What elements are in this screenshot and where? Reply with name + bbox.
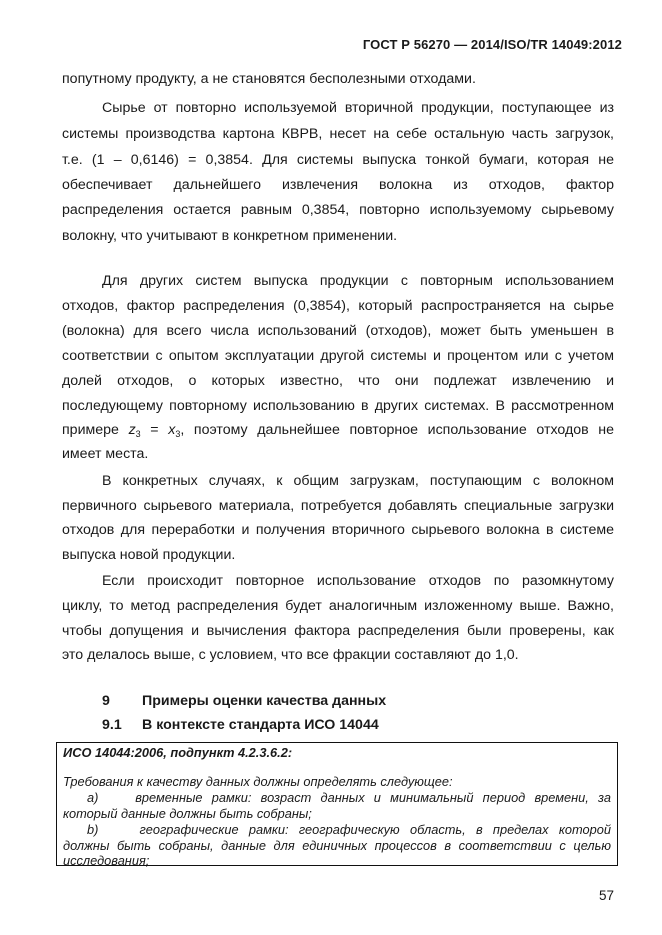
paragraph-line: распределения остается равным 0,3854, по… <box>62 202 614 218</box>
section-number: 9.1 <box>102 717 122 733</box>
paragraph-line: Для других систем выпуска продукции с по… <box>62 273 614 289</box>
quote-item-a: a) временные рамки: возраст данных и мин… <box>63 790 611 805</box>
paragraph-line: попутному продукту, а не становятся бесп… <box>62 71 614 87</box>
quote-box: ИСО 14044:2006, подпункт 4.2.3.6.2: Треб… <box>56 742 618 866</box>
paragraph-line: соответствии с опытом эксплуатации друго… <box>62 348 614 364</box>
paragraph-line: это делалось выше, с условием, что все ф… <box>62 647 614 663</box>
paragraph-line: циклу, то метод распределения будет анал… <box>62 598 614 614</box>
document-header: ГОСТ Р 56270 — 2014/ISO/TR 14049:2012 <box>363 37 622 52</box>
paragraph-line: отходов, фактор распределения (0,3854), … <box>62 298 614 314</box>
formula-eq: = <box>150 422 158 438</box>
quote-item-b-cont: исследования; <box>63 853 611 868</box>
paragraph-line: последующему повторному использованию в … <box>62 398 614 414</box>
paragraph-line: отходов для переработки и получения втор… <box>62 522 614 538</box>
quote-title: ИСО 14044:2006, подпункт 4.2.3.6.2: <box>63 745 611 760</box>
paragraph-line: первичного сырьевого материала, потребуе… <box>62 498 614 514</box>
paragraph-line: обеспечивает дальнейшего извлечения воло… <box>62 177 614 193</box>
paragraph-line: т.е. (1 – 0,6146) = 0,3854. Для системы … <box>62 152 614 168</box>
section-title: В контексте стандарта ИСО 14044 <box>142 717 379 733</box>
formula-line: примере z3 = x3, поэтому дальнейшее повт… <box>62 422 614 439</box>
paragraph-line: волокну, что учитывают в конкретном прим… <box>62 228 614 244</box>
section-title: Примеры оценки качества данных <box>142 693 386 709</box>
paragraph-line: (волокна) для всего числа использований … <box>62 323 614 339</box>
section-number: 9 <box>102 693 110 709</box>
paragraph-line: Если происходит повторное использование … <box>62 573 614 589</box>
paragraph-line: Сырье от повторно используемой вторичной… <box>62 100 614 116</box>
page-number: 57 <box>599 888 614 903</box>
quote-item-b: b) географические рамки: географическую … <box>63 822 611 837</box>
quote-item-a-cont: который данные должны быть собраны; <box>63 806 611 821</box>
paragraph-line: чтобы допущения и вычисления фактора рас… <box>62 623 614 639</box>
paragraph-line: выпуска новой продукции. <box>62 547 614 563</box>
paragraph-line: системы производства картона КВРВ, несет… <box>62 126 614 142</box>
paragraph-line: имеет места. <box>62 446 614 462</box>
paragraph-line: В конкретных случаях, к общим загрузкам,… <box>62 473 614 489</box>
paragraph-line: долей отходов, о которых известно, что о… <box>62 373 614 389</box>
formula-z: z3 <box>129 422 141 438</box>
quote-item-b-cont: должны быть собраны, данные для единичны… <box>63 838 611 853</box>
formula-prefix: примере <box>62 422 119 438</box>
quote-intro: Требования к качеству данных должны опре… <box>63 774 611 789</box>
formula-suffix: , поэтому дальнейшее повторное использов… <box>180 422 614 438</box>
formula-x: x3 <box>168 422 180 438</box>
